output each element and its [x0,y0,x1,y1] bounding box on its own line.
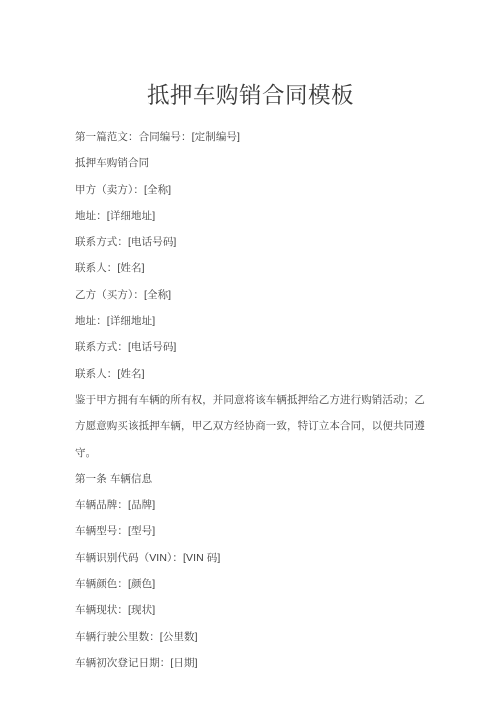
document-body: 第一篇范文：合同编号：[定制编号]抵押车购销合同甲方（卖方）：[全称]地址：[详… [75,124,426,676]
document-paragraph: 第一篇范文：合同编号：[定制编号] [75,124,426,150]
document-paragraph: 乙方（买方）：[全称] [75,282,426,308]
document-paragraph: 联系方式：[电话号码] [75,229,426,255]
document-paragraph: 地址：[详细地址] [75,308,426,334]
contract-document-page: 抵押车购销合同模板 第一篇范文：合同编号：[定制编号]抵押车购销合同甲方（卖方）… [0,0,500,707]
document-paragraph: 车辆品牌：[品牌] [75,492,426,518]
document-paragraph: 联系方式：[电话号码] [75,334,426,360]
document-paragraph: 第一条 车辆信息 [75,466,426,492]
document-paragraph: 车辆颜色：[颜色] [75,571,426,597]
document-paragraph: 车辆识别代码（VIN）：[VIN 码] [75,545,426,571]
document-paragraph: 车辆现状：[现状] [75,597,426,623]
document-paragraph: 抵押车购销合同 [75,150,426,176]
document-paragraph: 车辆初次登记日期：[日期] [75,650,426,676]
document-paragraph: 联系人：[姓名] [75,255,426,281]
document-paragraph: 车辆型号：[型号] [75,518,426,544]
document-paragraph: 联系人：[姓名] [75,361,426,387]
document-paragraph: 地址：[详细地址] [75,203,426,229]
document-paragraph: 甲方（卖方）：[全称] [75,177,426,203]
document-paragraph: 鉴于甲方拥有车辆的所有权，并同意将该车辆抵押给乙方进行购销活动；乙方愿意购买该抵… [75,387,426,466]
document-paragraph: 车辆行驶公里数：[公里数] [75,624,426,650]
document-title: 抵押车购销合同模板 [75,84,426,108]
